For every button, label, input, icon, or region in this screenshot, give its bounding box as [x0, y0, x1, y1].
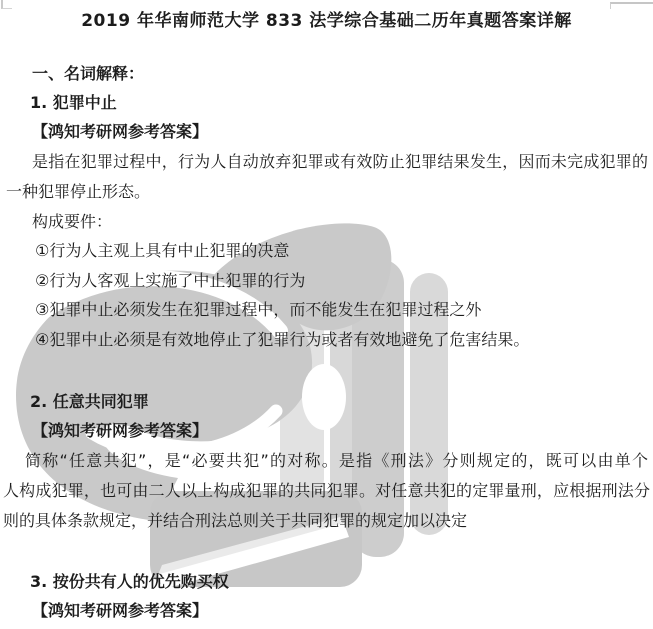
question-1-point-4: ④犯罪中止必须是有效地停止了犯罪行为或者有效地避免了危害结果。 — [35, 330, 529, 350]
section-heading: 一、名词解释： — [32, 64, 144, 84]
question-1-definition-line-1: 是指在犯罪过程中，行为人自动放弃犯罪或有效防止犯罪结果发生，因而未完成犯罪的 — [5, 152, 648, 172]
document-page: 2019 年华南师范大学 833 法学综合基础二历年真题答案详解 一、名词解释：… — [0, 0, 653, 629]
question-2-definition-line-3: 则的具体条款规定，并结合刑法总则关于共同犯罪的规定加以决定 — [3, 511, 467, 531]
document-title: 2019 年华南师范大学 833 法学综合基础二历年真题答案详解 — [0, 6, 653, 31]
question-2-title: 2. 任意共同犯罪 — [30, 392, 149, 412]
question-1-sub-heading: 构成要件： — [32, 212, 112, 232]
question-1-title: 1. 犯罪中止 — [30, 93, 117, 113]
question-1-point-2: ②行为人客观上实施了中止犯罪的行为 — [35, 271, 305, 291]
question-1-source-label: 【鸿知考研网参考答案】 — [32, 122, 208, 142]
question-3-source-label: 【鸿知考研网参考答案】 — [32, 601, 208, 621]
question-2-source-label: 【鸿知考研网参考答案】 — [32, 421, 208, 441]
question-1-point-3: ③犯罪中止必须发生在犯罪过程中，而不能发生在犯罪过程之外 — [35, 300, 481, 320]
question-2-definition-line-1: 简称“任意共犯”，是“必要共犯”的对称。是指《刑法》分则规定的，既可以由单个 — [5, 451, 648, 471]
question-1-definition-line-2: 一种犯罪停止形态。 — [6, 182, 150, 202]
question-3-title: 3. 按份共有人的优先购买权 — [30, 572, 229, 592]
question-1-point-1: ①行为人主观上具有中止犯罪的决意 — [35, 241, 289, 261]
question-2-definition-line-2: 人构成犯罪，也可由二人以上构成犯罪的共同犯罪。对任意共犯的定罪量刑，应根据刑法分 — [3, 481, 650, 501]
